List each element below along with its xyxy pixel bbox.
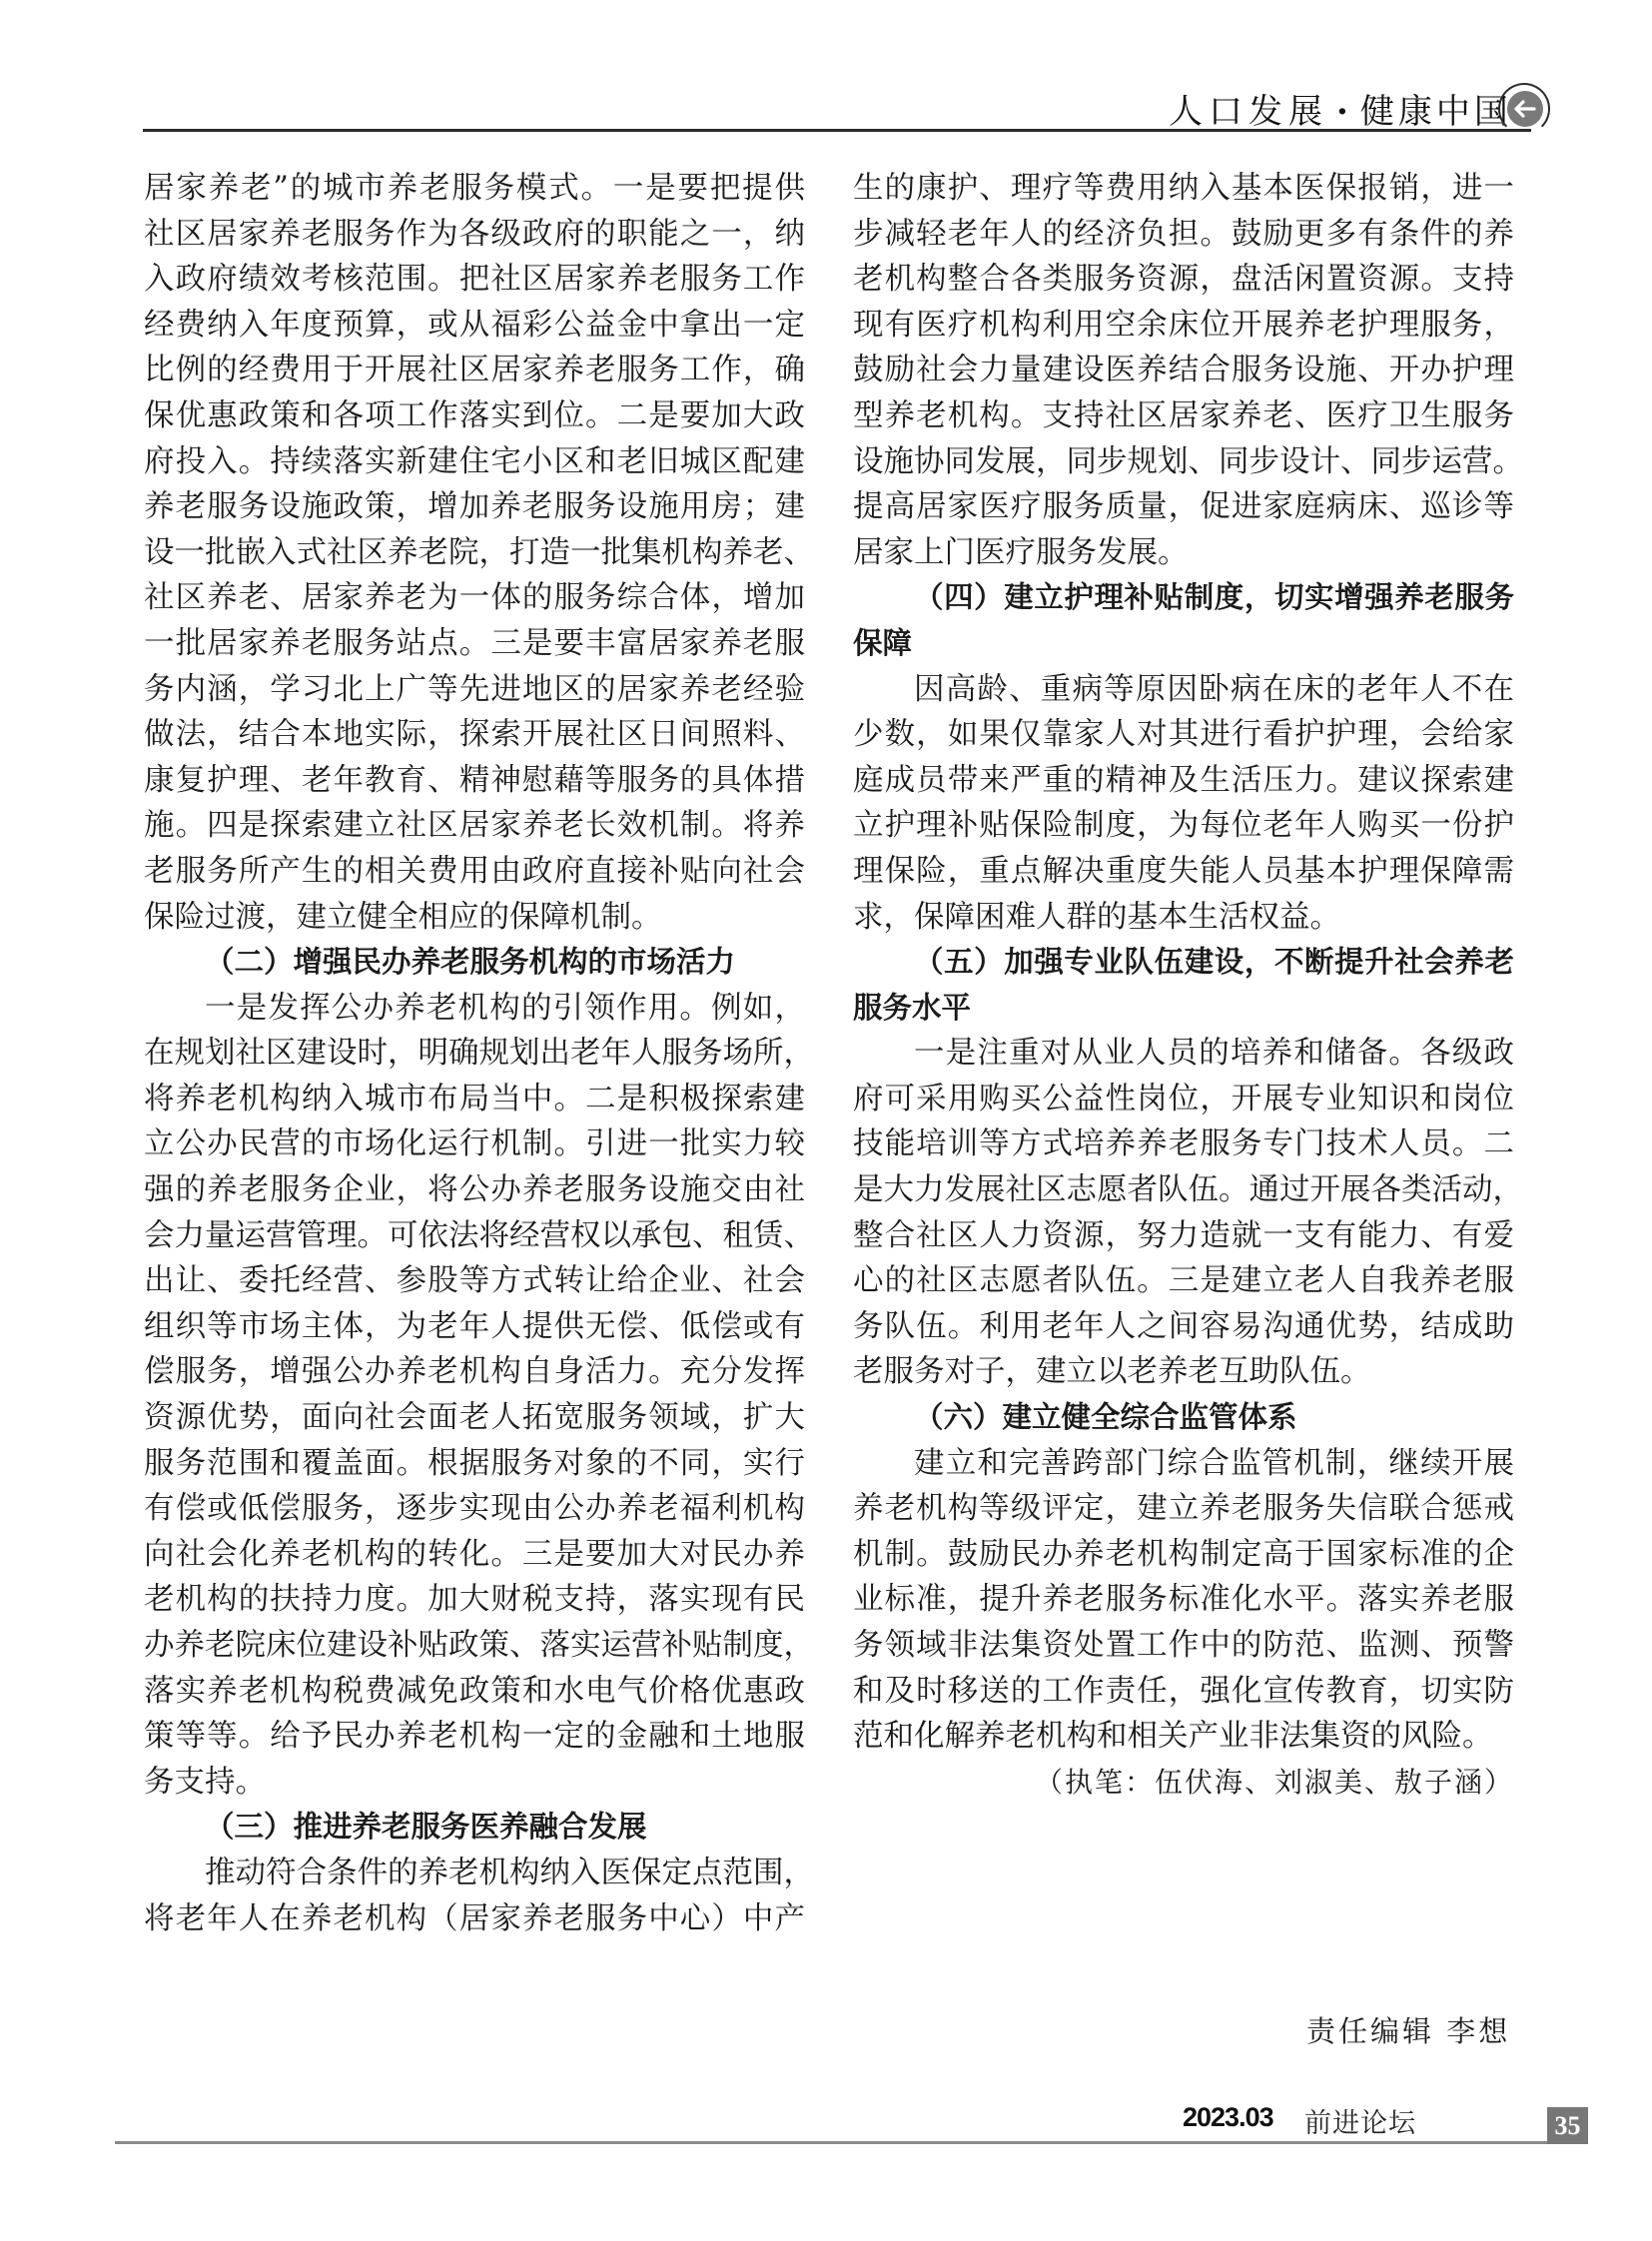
left-line: 办养老院床位建设补贴政策、落实运营补贴制度， <box>144 1623 805 1669</box>
left-line: 社区居家养老服务作为各级政府的职能之一，纳 <box>144 212 805 258</box>
right-line: 少数，如果仅靠家人对其进行看护护理，会给家 <box>853 712 1514 758</box>
right-line: 鼓励社会力量建设医养结合服务设施、开办护理 <box>853 348 1514 393</box>
right-line: 老机构整合各类服务资源，盘活闲置资源。支持 <box>853 257 1514 303</box>
left-column: 居家养老”的城市养老服务模式。一是要把提供社区居家养老服务作为各级政府的职能之一… <box>144 166 805 1941</box>
left-line: 偿服务，增强公办养老机构自身活力。充分发挥 <box>144 1349 805 1395</box>
right-line: 提高居家医疗服务质量，促进家庭病床、巡诊等 <box>853 484 1514 530</box>
author-credit: （执笔：伍伏海、刘淑美、敖子涵） <box>853 1760 1514 1806</box>
left-line: 将老年人在养老机构（居家养老服务中心）中产 <box>144 1896 805 1942</box>
left-line: 在规划社区建设时，明确规划出老年人服务场所， <box>144 1031 805 1077</box>
left-line: 老机构的扶持力度。加大财税支持，落实现有民 <box>144 1577 805 1623</box>
right-line: 设施协同发展，同步规划、同步设计、同步运营。 <box>853 439 1514 485</box>
left-line: 居家养老”的城市养老服务模式。一是要把提供 <box>144 166 805 212</box>
magazine-name: 前进论坛 <box>1304 2101 1416 2140</box>
right-line: 养老机构等级评定，建立养老服务失信联合惩戒 <box>853 1486 1514 1532</box>
left-line: 经费纳入年度预算，或从福彩公益金中拿出一定 <box>144 303 805 349</box>
left-section-heading: （三）推进养老服务医养融合发展 <box>144 1805 805 1851</box>
back-arrow-circle-icon <box>1507 91 1543 127</box>
left-line: 社区养老、居家养老为一体的服务综合体，增加 <box>144 575 805 621</box>
right-paragraph-start: 一是注重对从业人员的培养和储备。各级政 <box>853 1031 1514 1077</box>
running-header: 人口发展·健康中国 <box>1169 84 1512 133</box>
left-line: 康复护理、老年教育、精神慰藉等服务的具体措 <box>144 758 805 804</box>
right-line: 庭成员带来严重的精神及生活压力。建议探索建 <box>853 758 1514 804</box>
left-line: 将养老机构纳入城市布局当中。二是积极探索建 <box>144 1077 805 1122</box>
right-paragraph-start: 因高龄、重病等原因卧病在床的老年人不在 <box>853 667 1514 713</box>
right-section-heading-cont: 保障 <box>853 621 1514 667</box>
right-line: 业标准，提升养老服务标准化水平。落实养老服 <box>853 1577 1514 1623</box>
left-line: 老服务所产生的相关费用由政府直接补贴向社会 <box>144 849 805 895</box>
right-line: 现有医疗机构利用空余床位开展养老护理服务， <box>853 303 1514 349</box>
right-line: 型养老机构。支持社区居家养老、医疗卫生服务 <box>853 393 1514 439</box>
right-line: 立护理补贴保险制度，为每位老年人购买一份护 <box>853 803 1514 849</box>
right-line: 务领域非法集资处置工作中的防范、监测、预警 <box>853 1623 1514 1669</box>
right-line: 范和化解养老机构和相关产业非法集资的风险。 <box>853 1714 1514 1760</box>
left-line: 立公办民营的市场化运行机制。引进一批实力较 <box>144 1121 805 1167</box>
right-column: 生的康护、理疗等费用纳入基本医保报销，进一步减轻老年人的经济负担。鼓励更多有条件… <box>853 166 1514 1805</box>
left-line: 入政府绩效考核范围。把社区居家养老服务工作 <box>144 257 805 303</box>
right-section-heading: （六）建立健全综合监管体系 <box>853 1395 1514 1441</box>
left-section-heading: （二）增强民办养老服务机构的市场活力 <box>144 940 805 986</box>
right-line: 和及时移送的工作责任，强化宣传教育，切实防 <box>853 1669 1514 1715</box>
left-line: 务内涵，学习北上广等先进地区的居家养老经验 <box>144 667 805 713</box>
page-number: 35 <box>1547 2107 1588 2144</box>
right-line: 理保险，重点解决重度失能人员基本护理保障需 <box>853 849 1514 895</box>
left-line: 会力量运营管理。可依法将经营权以承包、租赁、 <box>144 1213 805 1259</box>
right-line: 生的康护、理疗等费用纳入基本医保报销，进一 <box>853 166 1514 212</box>
header-topic: 健康中国 <box>1360 92 1512 132</box>
left-line: 组织等市场主体，为老年人提供无偿、低偿或有 <box>144 1304 805 1350</box>
right-line: 务队伍。利用老年人之间容易沟通优势，结成助 <box>853 1304 1514 1350</box>
right-line: 技能培训等方式培养养老服务专门技术人员。二 <box>853 1121 1514 1167</box>
right-line: 求，保障困难人群的基本生活权益。 <box>853 895 1514 941</box>
right-section-heading: （四）建立护理补贴制度，切实增强养老服务 <box>853 575 1514 621</box>
left-line: 府投入。持续落实新建住宅小区和老旧城区配建 <box>144 439 805 485</box>
left-line: 保优惠政策和各项工作落实到位。二是要加大政 <box>144 393 805 439</box>
left-paragraph-start: 推动符合条件的养老机构纳入医保定点范围， <box>144 1851 805 1896</box>
left-line: 设一批嵌入式社区养老院，打造一批集机构养老、 <box>144 530 805 576</box>
right-line: 机制。鼓励民办养老机构制定高于国家标准的企 <box>853 1532 1514 1578</box>
left-line: 有偿或低偿服务，逐步实现由公办养老福利机构 <box>144 1486 805 1532</box>
left-line: 落实养老机构税费减免政策和水电气价格优惠政 <box>144 1669 805 1715</box>
left-line: 比例的经费用于开展社区居家养老服务工作，确 <box>144 348 805 393</box>
footer-rule <box>115 2141 1550 2144</box>
header-separator: · <box>1336 92 1352 132</box>
left-line: 保险过渡，建立健全相应的保障机制。 <box>144 895 805 941</box>
right-section-heading-cont: 服务水平 <box>853 986 1514 1032</box>
right-line: 是大力发展社区志愿者队伍。通过开展各类活动， <box>853 1167 1514 1213</box>
left-line: 强的养老服务企业，将公办养老服务设施交由社 <box>144 1167 805 1213</box>
right-line: 老服务对子，建立以老养老互助队伍。 <box>853 1349 1514 1395</box>
left-line: 向社会化养老机构的转化。三是要加大对民办养 <box>144 1532 805 1578</box>
right-line: 步减轻老年人的经济负担。鼓励更多有条件的养 <box>853 212 1514 258</box>
issue-date: 2023.03 <box>1183 2102 1273 2133</box>
right-line: 府可采用购买公益性岗位，开展专业知识和岗位 <box>853 1077 1514 1122</box>
right-line: 居家上门医疗服务发展。 <box>853 530 1514 576</box>
left-line: 做法，结合本地实际，探索开展社区日间照料、 <box>144 712 805 758</box>
right-paragraph-start: 建立和完善跨部门综合监管机制，继续开展 <box>853 1441 1514 1487</box>
right-line: 心的社区志愿者队伍。三是建立老人自我养老服 <box>853 1258 1514 1304</box>
right-section-heading: （五）加强专业队伍建设，不断提升社会养老 <box>853 940 1514 986</box>
left-line: 务支持。 <box>144 1760 805 1806</box>
left-line: 施。四是探索建立社区居家养老长效机制。将养 <box>144 803 805 849</box>
left-line: 服务范围和覆盖面。根据服务对象的不同，实行 <box>144 1441 805 1487</box>
left-line: 一批居家养老服务站点。三是要丰富居家养老服 <box>144 621 805 667</box>
responsible-editor: 责任编辑 李想 <box>1306 2009 1510 2050</box>
left-line: 养老服务设施政策，增加养老服务设施用房；建 <box>144 484 805 530</box>
left-paragraph-start: 一是发挥公办养老机构的引领作用。例如， <box>144 986 805 1032</box>
right-line: 整合社区人力资源，努力造就一支有能力、有爱 <box>853 1213 1514 1259</box>
left-line: 策等等。给予民办养老机构一定的金融和土地服 <box>144 1714 805 1760</box>
arrow-left-icon <box>1512 96 1538 122</box>
left-line: 资源优势，面向社会面老人拓宽服务领域，扩大 <box>144 1395 805 1441</box>
header-section: 人口发展 <box>1169 92 1328 132</box>
left-line: 出让、委托经营、参股等方式转让给企业、社会 <box>144 1258 805 1304</box>
